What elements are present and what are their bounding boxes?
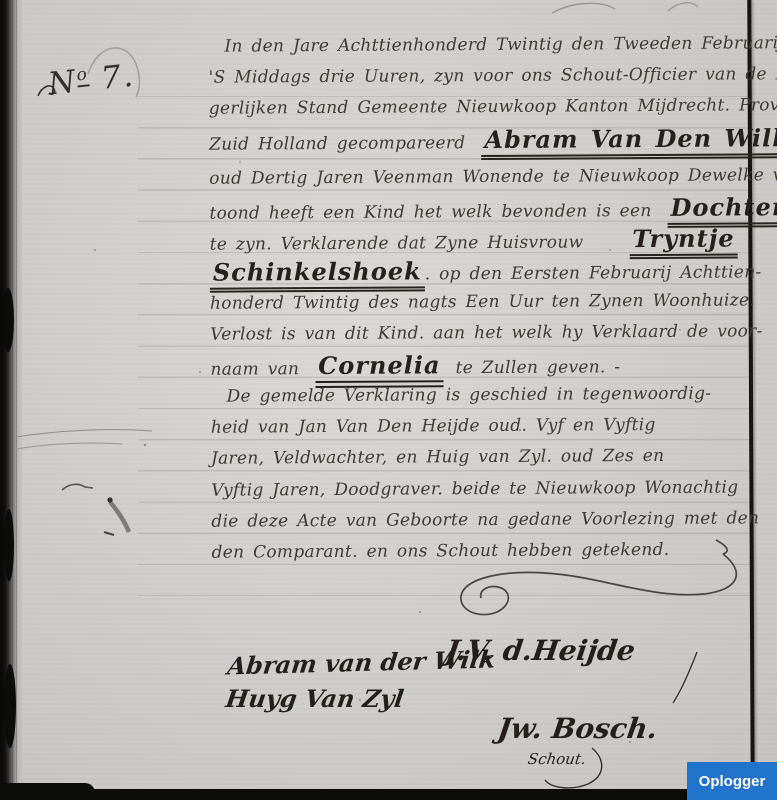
act-line: naam vanCorneliate Zullen geven. - [210, 347, 766, 382]
act-line: In den Jare Achttienhonderd Twintig den … [208, 28, 764, 63]
act-line: gerlijken Stand Gemeente Nieuwkoop Kanto… [209, 91, 765, 126]
act-line-text: te Zullen geven. - [455, 357, 620, 378]
act-line: De gemelde Verklaring is geschied in teg… [211, 378, 767, 413]
act-line: Zuid Holland gecompareerdAbram Van Den W… [209, 122, 765, 157]
act-line-text: te zyn. Verklarende dat Zyne Huisvrouw [210, 233, 584, 255]
binding-page-streaks [4, 0, 20, 800]
act-line-text: gerlijken Stand Gemeente Nieuwkoop Kanto… [209, 95, 777, 119]
registry-number-value: 7. [99, 58, 136, 97]
ink-dot [107, 497, 112, 502]
act-line: Jaren, Veldwachter, en Huig van Zyl. oud… [211, 441, 767, 476]
act-line-text: 'S Middags drie Uuren, zyn voor ons Scho… [209, 64, 777, 88]
act-line-text: honderd Twintig des nagts Een Uur ten Zy… [210, 290, 755, 313]
schout-title-label: Schout. [527, 750, 587, 768]
act-line: Schinkelshoek. op den Eersten Februarij … [210, 254, 766, 289]
act-line: die deze Acte van Geboorte na gedane Voo… [211, 503, 767, 538]
signature-witness-zyl: Huyg Van Zyl [224, 684, 406, 713]
margin-squiggle-mark [62, 484, 93, 490]
emphasized-name-father: Abram Van Den Wilk. [481, 123, 777, 160]
top-edge-stroke-2 [668, 3, 698, 11]
ink-dash [104, 532, 114, 535]
registry-number-prefix: N [46, 64, 79, 103]
ink-smudge-mark [110, 502, 129, 532]
act-line-text: Verlost is van dit Kind. aan het welk hy… [210, 321, 763, 344]
scan-bottom-edge [0, 789, 777, 800]
top-edge-stroke [552, 3, 615, 13]
page-curl-line-2 [16, 443, 122, 449]
act-line: Vyftig Jaren, Doodgraver. beide te Nieuw… [211, 472, 767, 507]
act-line-text: heid van Jan Van Den Heijde oud. Vyf en … [211, 415, 656, 438]
act-line: Verlost is van dit Kind. aan het welk hy… [210, 316, 766, 351]
registry-number-ordinal: o [75, 64, 89, 87]
signature-tail-stroke [673, 652, 697, 703]
scanned-birth-act-page: No 7. In den Jare Achttienhonderd Twinti… [0, 0, 777, 800]
act-line: heid van Jan Van Den Heijde oud. Vyf en … [211, 410, 767, 445]
oplogger-watermark-label: Oplogger [699, 773, 766, 790]
act-line-text: den Comparant. en ons Schout hebben gete… [211, 540, 669, 563]
act-line: te zyn. Verklarende dat Zyne HuisvrouwTr… [210, 222, 766, 257]
act-line-text: oud Dertig Jaren Veenman Wonende te Nieu… [209, 165, 777, 189]
act-line-text: Jaren, Veldwachter, en Huig van Zyl. oud… [211, 446, 664, 469]
act-line-text: In den Jare Achttienhonderd Twintig den … [224, 33, 777, 56]
act-line-text: toond heeft een Kind het welk bevonden i… [209, 201, 651, 224]
act-line-text: Vyftig Jaren, Doodgraver. beide te Nieuw… [211, 477, 738, 500]
act-line: 'S Middags drie Uuren, zyn voor ons Scho… [209, 59, 765, 94]
act-line-text: De gemelde Verklaring is geschied in teg… [227, 384, 712, 407]
act-line: oud Dertig Jaren Veenman Wonende te Nieu… [209, 160, 765, 195]
act-line: toond heeft een Kind het welk bevonden i… [209, 191, 765, 226]
act-line-text: die deze Acte van Geboorte na gedane Voo… [211, 508, 759, 531]
act-line: den Comparant. en ons Schout hebben gete… [211, 534, 767, 569]
signature-witness-heijde: J.V. d.Heijde [444, 634, 638, 667]
signature-schout: Jw. Bosch. [496, 712, 660, 745]
act-line-text: naam van [210, 359, 299, 380]
oplogger-watermark-badge: Oplogger [687, 762, 777, 800]
act-line-text: Zuid Holland gecompareerd [209, 133, 466, 155]
act-line: honderd Twintig des nagts Een Uur ten Zy… [210, 285, 766, 320]
act-line-text: . op den Eersten Februarij Achttien- [425, 263, 762, 285]
page-curl-line [16, 430, 152, 437]
registry-number: No 7. [46, 58, 136, 103]
act-text-block: In den Jare Achttienhonderd Twintig den … [208, 28, 767, 569]
